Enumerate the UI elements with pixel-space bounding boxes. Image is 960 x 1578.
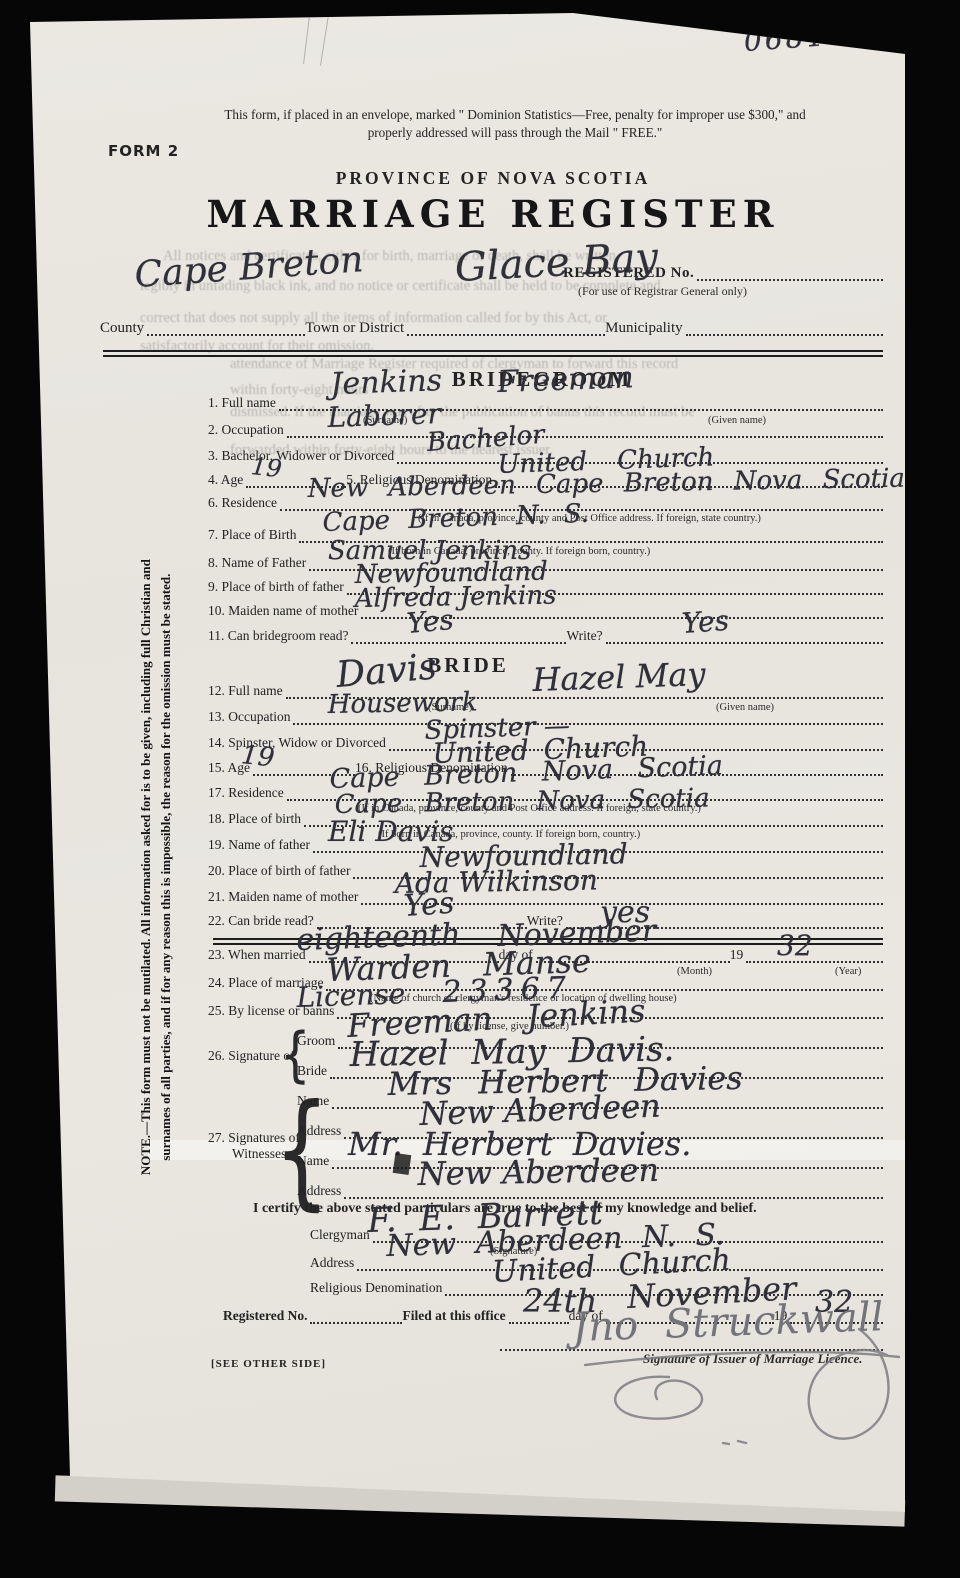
field-groom-literacy: 11. Can bridegroom read? Write?: [208, 627, 883, 644]
registered-no-label: Registered No.: [223, 1308, 310, 1324]
groom-can-write-handwritten: Yes: [681, 607, 730, 638]
field-label: 8. Name of Father: [208, 555, 309, 571]
paper-crease: [320, 14, 329, 66]
bride-age-handwritten: 19: [240, 742, 276, 771]
bride-occupation-handwritten: Housework: [328, 689, 478, 718]
dotted-line: [697, 264, 883, 281]
field-label: 2. Occupation: [208, 422, 287, 438]
see-other-side-note: [SEE OTHER SIDE]: [211, 1358, 326, 1370]
field-label: 19. Name of father: [208, 837, 313, 853]
field-label: 3. Bachelor, Widower or Divorced: [208, 448, 397, 464]
dotted-line: [686, 319, 883, 336]
dotted-line: [351, 627, 566, 644]
groom-occupation-handwritten: Laborer: [327, 400, 441, 432]
mail-notice-line2: properly addressed will pass through the…: [173, 125, 857, 141]
clergyman-label: Clergyman: [310, 1227, 373, 1243]
dotted-line: [606, 627, 883, 644]
dotted-line: [746, 946, 883, 963]
groom-can-read-handwritten: Yes: [406, 606, 455, 638]
scanned-page: All notices and certificates, either for…: [0, 0, 960, 1578]
field-label: 12. Full name: [208, 683, 286, 699]
address-label: Address: [297, 1183, 344, 1199]
field-label: 9. Place of birth of father: [208, 579, 347, 595]
dotted-line: [407, 319, 605, 336]
dotted-line: [147, 319, 305, 336]
sidebar-note-line1: NOTE.—This form must not be mutilated. A…: [136, 539, 156, 1195]
paper-crease: [303, 16, 310, 64]
address-label: Address: [297, 1123, 344, 1139]
bride-surname-handwritten: Davis: [335, 649, 438, 694]
bride-birthplace-handwritten: Cape Breton Nova Scotia: [335, 785, 710, 818]
field-groom-occupation: 2. Occupation: [208, 421, 883, 438]
province-heading: PROVINCE OF NOVA SCOTIA: [198, 168, 788, 189]
witness1-address-handwritten: New Aberdeen: [419, 1090, 661, 1130]
county-label: County: [100, 320, 147, 336]
sidebar-note-line2: surnames of all parties, and if for any …: [156, 539, 176, 1195]
groom-surname-handwritten: Jenkins: [330, 366, 443, 400]
dotted-line: [310, 1307, 402, 1324]
address-label: Address: [310, 1255, 357, 1271]
bride-label: Bride: [297, 1063, 330, 1079]
marriage-year-handwritten: 32: [777, 932, 813, 960]
registrar-only-caption: (For use of Registrar General only): [578, 284, 747, 299]
witness2-address-handwritten: New Aberdeen: [417, 1154, 659, 1190]
field-label: 11. Can bridegroom read?: [208, 628, 351, 644]
page-title: MARRIAGE REGISTER: [198, 192, 788, 236]
ink-blotch: [393, 1153, 412, 1175]
field-label: 14. Spinster, Widow or Divorced: [208, 735, 389, 751]
town-district-label: Town or District: [305, 320, 407, 336]
field-label: 6. Residence: [208, 495, 280, 511]
field-label: 1. Full name: [208, 395, 279, 411]
filed-label: Filed at this office: [402, 1308, 508, 1324]
sidebar-note: NOTE.—This form must not be mutilated. A…: [136, 539, 176, 1195]
mail-notice-line1: This form, if placed in an envelope, mar…: [173, 107, 857, 123]
groom-age-handwritten: 19: [250, 454, 283, 481]
field-label: 18. Place of birth: [208, 811, 304, 827]
field-label: 4. Age: [208, 472, 246, 488]
denomination-label: Religious Denomination: [310, 1280, 445, 1296]
groom-label: Groom: [297, 1033, 338, 1049]
groom-given-name-handwritten: Freeman: [497, 363, 634, 398]
field-label: 23. When married: [208, 947, 309, 963]
name-label: Name: [297, 1153, 332, 1169]
registration-number-handwritten: 068175: [743, 19, 870, 56]
bride-given-name-handwritten: Hazel May: [532, 658, 706, 696]
section-divider-rule: [103, 350, 883, 357]
groom-mother-name-handwritten: Alfreda Jenkins: [355, 582, 557, 612]
field-label: 7. Place of Birth: [208, 527, 299, 543]
write-label: Write?: [566, 628, 605, 644]
municipality-label: Municipality: [605, 320, 686, 336]
name-label: Name: [297, 1093, 332, 1109]
field-label: 10. Maiden name of mother: [208, 603, 361, 619]
field-label: 13. Occupation: [208, 709, 293, 725]
field-label: 20. Place of birth of father: [208, 863, 353, 879]
form-number: FORM 2: [108, 142, 179, 160]
pencil-signature-flourish: [573, 1327, 903, 1447]
marriage-register-form: All notices and certificates, either for…: [28, 12, 905, 1526]
county-town-municipality-field: County Town or District Municipality: [100, 319, 883, 336]
field-label: 21. Maiden name of mother: [208, 889, 361, 905]
field-label: 17. Residence: [208, 785, 287, 801]
town-value-handwritten: Glace Bay: [454, 237, 659, 288]
year-prefix-label: 19: [730, 947, 747, 963]
